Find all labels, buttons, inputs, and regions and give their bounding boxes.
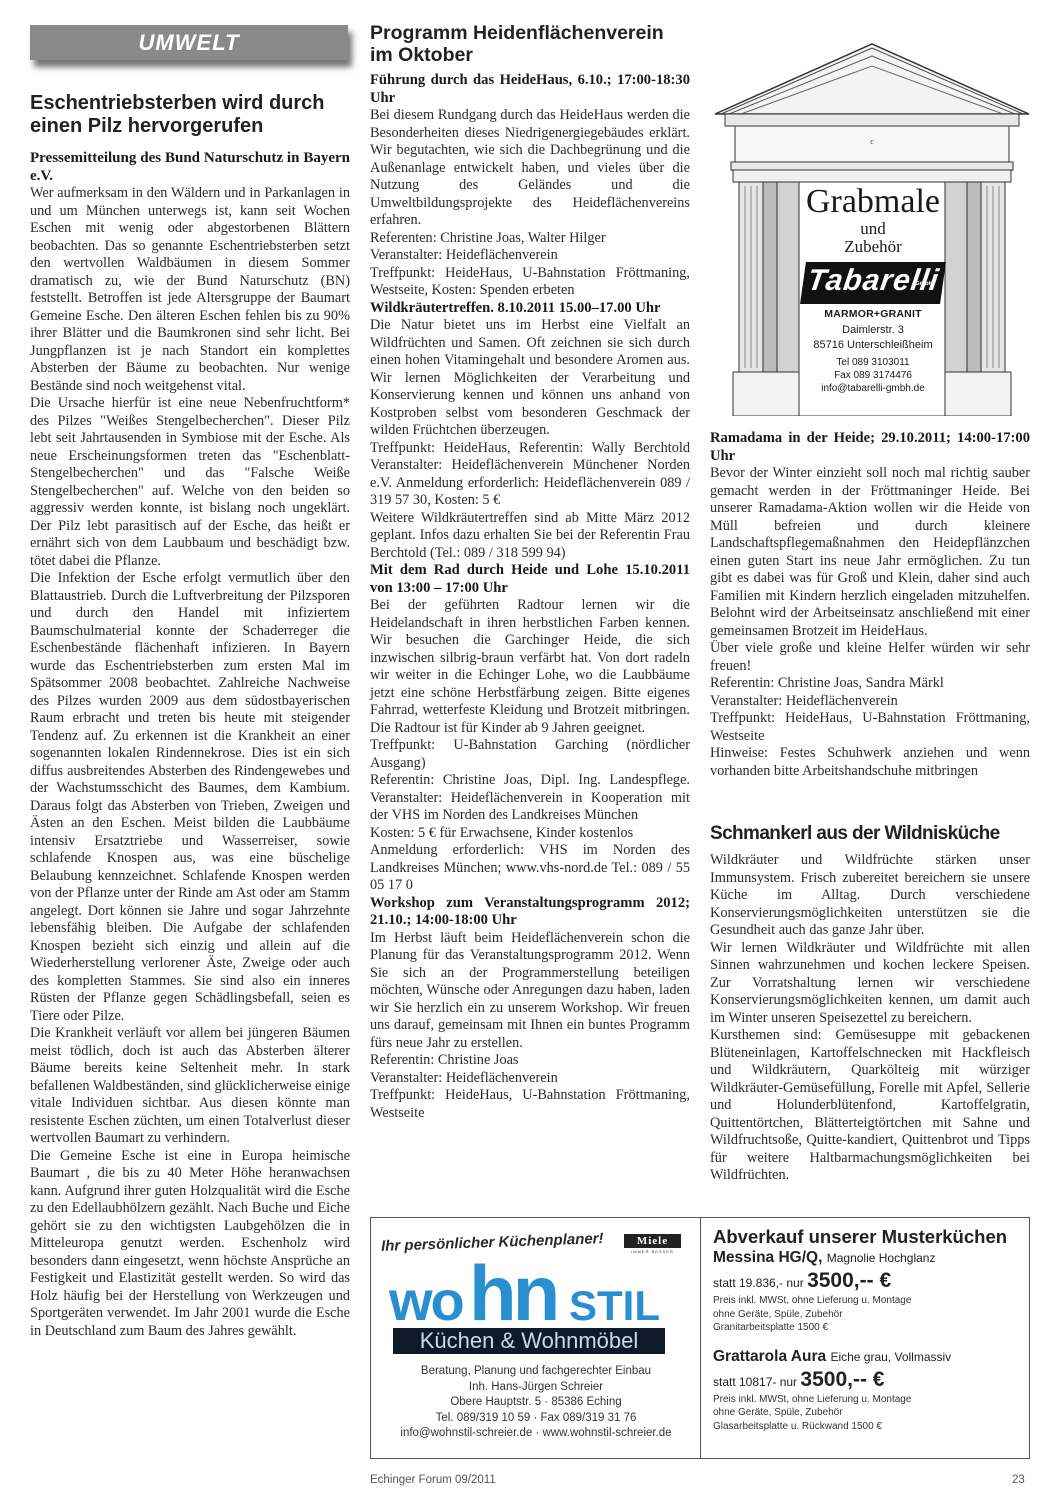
paragraph: Die Ursache hierfür ist eine neue Nebenf… [30, 395, 350, 570]
ad-wohnstil: Ihr persönlicher Küchenplaner! Miele IMM… [370, 1217, 700, 1459]
event-line: Referenten: Christine Joas, Walter Hilge… [370, 230, 690, 248]
event-list: Führung durch das HeideHaus, 6.10.; 17:0… [370, 72, 690, 1122]
article-title: Schmankerl aus der Wildnisküche [710, 823, 1030, 845]
email-link[interactable]: info@tabarelli-gmbh.de [799, 382, 947, 395]
ad-address: Daimlerstr. 3 85716 Unterschleißheim [799, 323, 947, 353]
info-line: Beratung, Planung und fachgerechter Einb… [371, 1364, 701, 1380]
wohnstil-logo: wo hn STIL [389, 1268, 669, 1326]
event-heading: Mit dem Rad durch Heide und Lohe 15.10.2… [370, 562, 690, 597]
sale-note: Granitarbeitsplatte 1500 € [713, 1321, 1029, 1335]
address-street: Daimlerstr. 3 [799, 323, 947, 338]
event-heading: Führung durch das HeideHaus, 6.10.; 17:0… [370, 72, 690, 107]
sale-price-line: statt 19.836,- nur 3500,-- € [713, 1270, 1029, 1294]
brand-suffix: GmbH [912, 265, 935, 303]
ad-subline: Zubehör [799, 238, 947, 256]
event-line: Treffpunkt: HeideHaus, U-Bahnstation Frö… [710, 710, 1030, 745]
sale-note: ohne Geräte, Spüle, Zubehör [713, 1406, 1029, 1420]
event-item: Wildkräutertreffen. 8.10.2011 15.00–17.0… [370, 300, 690, 563]
event-line: Veranstalter: Heideflächenverein [370, 1070, 690, 1088]
event-line: Treffpunkt: HeideHaus, Referentin: Wally… [370, 440, 690, 510]
event-line: Referentin: Christine Joas [370, 1052, 690, 1070]
event-line: Im Herbst läuft beim Heideflächenverein … [370, 930, 690, 1053]
event-item: Führung durch das HeideHaus, 6.10.; 17:0… [370, 72, 690, 300]
info-line: Obere Hauptstr. 5 · 85386 Eching [371, 1395, 701, 1411]
ad-tabarelli: c Grabmale und Zubehör Tabarelli GmbH MA… [707, 16, 1037, 416]
article-title: Eschentriebsterben wird durch einen Pilz… [30, 92, 350, 138]
item-name: Messina HG/Q, [713, 1249, 822, 1266]
price-prefix: statt 10817- nur [713, 1375, 797, 1389]
ad-sale: Abverkauf unserer Musterküchen Messina H… [700, 1217, 1030, 1459]
logo-part: hn [469, 1260, 556, 1326]
event-body: Die Natur bietet uns im Herbst eine Viel… [370, 317, 690, 562]
event-line: Treffpunkt: U-Bahnstation Garching (nörd… [370, 737, 690, 772]
logo-part: wo [389, 1276, 463, 1326]
paragraph: Wer aufmerksam in den Wäldern und in Par… [30, 185, 350, 395]
article-title-line: Programm Heidenflächenverein [370, 22, 664, 44]
sale-item: Messina HG/Q, Magnolie Hochglanz statt 1… [713, 1248, 1029, 1335]
event-item: Mit dem Rad durch Heide und Lohe 15.10.2… [370, 562, 690, 895]
event-line: Treffpunkt: HeideHaus, U-Bahnstation Frö… [370, 265, 690, 300]
item-name: Grattarola Aura [713, 1348, 826, 1365]
phone: Tel 089 3103011 [799, 356, 947, 369]
event-body: Bevor der Winter einzieht soll noch mal … [710, 465, 1030, 780]
event-line: Hinweise: Festes Schuhwerk anziehen und … [710, 745, 1030, 780]
event-heading: Workshop zum Veranstaltungsprogramm 2012… [370, 895, 690, 930]
event-line: Veranstalter: Heideflächenverein [710, 693, 1030, 711]
price-prefix: statt 19.836,- nur [713, 1276, 804, 1290]
event-line: Bei der geführten Radtour lernen wir die… [370, 597, 690, 737]
svg-text:c: c [870, 137, 874, 146]
article-body: Wer aufmerksam in den Wäldern und in Par… [30, 185, 350, 1340]
sale-item: Grattarola Aura Eiche grau, Vollmassiv s… [713, 1347, 1029, 1434]
sale-note: ohne Geräte, Spüle, Zubehör [713, 1308, 1029, 1322]
paragraph: Die Gemeine Esche ist eine in Europa hei… [30, 1148, 350, 1341]
event-heading: Ramadama in der Heide; 29.10.2011; 14:00… [710, 430, 1030, 465]
event-line: Die Natur bietet uns im Herbst eine Viel… [370, 317, 690, 440]
logo-part: STIL [569, 1288, 660, 1324]
article-schmankerl: Schmankerl aus der Wildnisküche Wildkräu… [710, 823, 1030, 1185]
item-sub: Magnolie Hochglanz [827, 1251, 936, 1265]
event-line: Über viele große und kleine Helfer würde… [710, 640, 1030, 675]
miele-logo: Miele [624, 1234, 681, 1248]
event-line: Treffpunkt: HeideHaus, U-Bahnstation Frö… [370, 1087, 690, 1122]
article-title-line: im Oktober [370, 44, 473, 66]
sale-price-line: statt 10817- nur 3500,-- € [713, 1369, 1029, 1393]
ad-contact: Tel 089 3103011 Fax 089 3174476 info@tab… [799, 356, 947, 395]
miele-tagline: IMMER BESSER [624, 1249, 681, 1254]
sale-note: Preis inkl. MWSt, ohne Lieferung u. Mont… [713, 1294, 1029, 1308]
event-line: Veranstalter: Heideflächenverein [370, 247, 690, 265]
event-body: Bei diesem Rundgang durch das HeideHaus … [370, 107, 690, 300]
event-heading: Wildkräutertreffen. 8.10.2011 15.00–17.0… [370, 300, 690, 318]
event-line: Weitere Wildkräutertreffen sind ab Mitte… [370, 510, 690, 563]
section-banner: UMWELT [30, 25, 348, 60]
article-subhead: Pressemitteilung des Bund Naturschutz in… [30, 150, 350, 185]
contact-links[interactable]: info@wohnstil-schreier.de · www.wohnstil… [371, 1426, 701, 1442]
sale-note: Glasarbeitsplatte u. Rückwand 1500 € [713, 1420, 1029, 1434]
sale-note: Preis inkl. MWSt, ohne Lieferung u. Mont… [713, 1393, 1029, 1407]
page-number: 23 [1012, 1474, 1025, 1486]
article-title-line: Eschentriebsterben wird durch [30, 92, 325, 114]
event-line: Referentin: Christine Joas, Sandra Märkl [710, 675, 1030, 693]
article-heideflaechenverein: Programm Heidenflächenverein im Oktober … [370, 22, 690, 1122]
sale-item-name: Messina HG/Q, Magnolie Hochglanz [713, 1248, 1029, 1268]
event-body: Im Herbst läuft beim Heideflächenverein … [370, 930, 690, 1123]
price: 3500,-- € [800, 1368, 884, 1391]
ad-tabarelli-text: Grabmale und Zubehör Tabarelli GmbH MARM… [799, 184, 947, 395]
paragraph: Die Infektion der Esche erfolgt vermutli… [30, 570, 350, 1025]
event-line: Referentin: Christine Joas, Dipl. Ing. L… [370, 772, 690, 825]
publication-footer: Echinger Forum 09/2011 [370, 1474, 496, 1486]
article-title: Programm Heidenflächenverein im Oktober [370, 22, 690, 66]
ad-tagline: MARMOR+GRANIT [799, 308, 947, 320]
section-label: UMWELT [139, 30, 240, 56]
info-line: Tel. 089/319 10 59 · Fax 089/319 31 76 [371, 1411, 701, 1427]
event-line: Bei diesem Rundgang durch das HeideHaus … [370, 107, 690, 230]
ad-headline: Grabmale [799, 184, 947, 220]
article-title-line: einen Pilz hervorgerufen [30, 115, 263, 137]
event-body: Bei der geführten Radtour lernen wir die… [370, 597, 690, 895]
event-line: Anmeldung erforderlich: VHS im Norden de… [370, 842, 690, 895]
event-item: Workshop zum Veranstaltungsprogramm 2012… [370, 895, 690, 1123]
event-line: Bevor der Winter einzieht soll noch mal … [710, 465, 1030, 640]
ad-title: Abverkauf unserer Musterküchen [713, 1226, 1029, 1248]
ad-subline: und [799, 220, 947, 238]
info-line: Inh. Hans-Jürgen Schreier [371, 1380, 701, 1396]
tabarelli-logo: Tabarelli GmbH [800, 262, 946, 304]
ad-info: Beratung, Planung und fachgerechter Einb… [371, 1364, 701, 1442]
paragraph: Wildkräuter und Wildfrüchte stärken unse… [710, 852, 1030, 940]
address-city: 85716 Unterschleißheim [799, 338, 947, 353]
article-body: Wildkräuter und Wildfrüchte stärken unse… [710, 852, 1030, 1185]
sale-item-name: Grattarola Aura Eiche grau, Vollmassiv [713, 1347, 1029, 1367]
paragraph: Die Krankheit verläuft vor allem bei jün… [30, 1025, 350, 1148]
event-line: Kosten: 5 € für Erwachsene, Kinder koste… [370, 825, 690, 843]
item-sub: Eiche grau, Vollmassiv [830, 1350, 951, 1364]
paragraph: Kursthemen sind: Gemüsesuppe mit gebacke… [710, 1027, 1030, 1185]
ad-category-bar: Küchen & Wohnmöbel [393, 1328, 665, 1354]
paragraph: Wir lernen Wildkräuter und Wildfrüchte m… [710, 940, 1030, 1028]
article-eschentriebsterben: Eschentriebsterben wird durch einen Pilz… [30, 92, 350, 1340]
article-ramadama: Ramadama in der Heide; 29.10.2011; 14:00… [710, 430, 1030, 780]
fax: Fax 089 3174476 [799, 369, 947, 382]
price: 3500,-- € [807, 1269, 891, 1292]
